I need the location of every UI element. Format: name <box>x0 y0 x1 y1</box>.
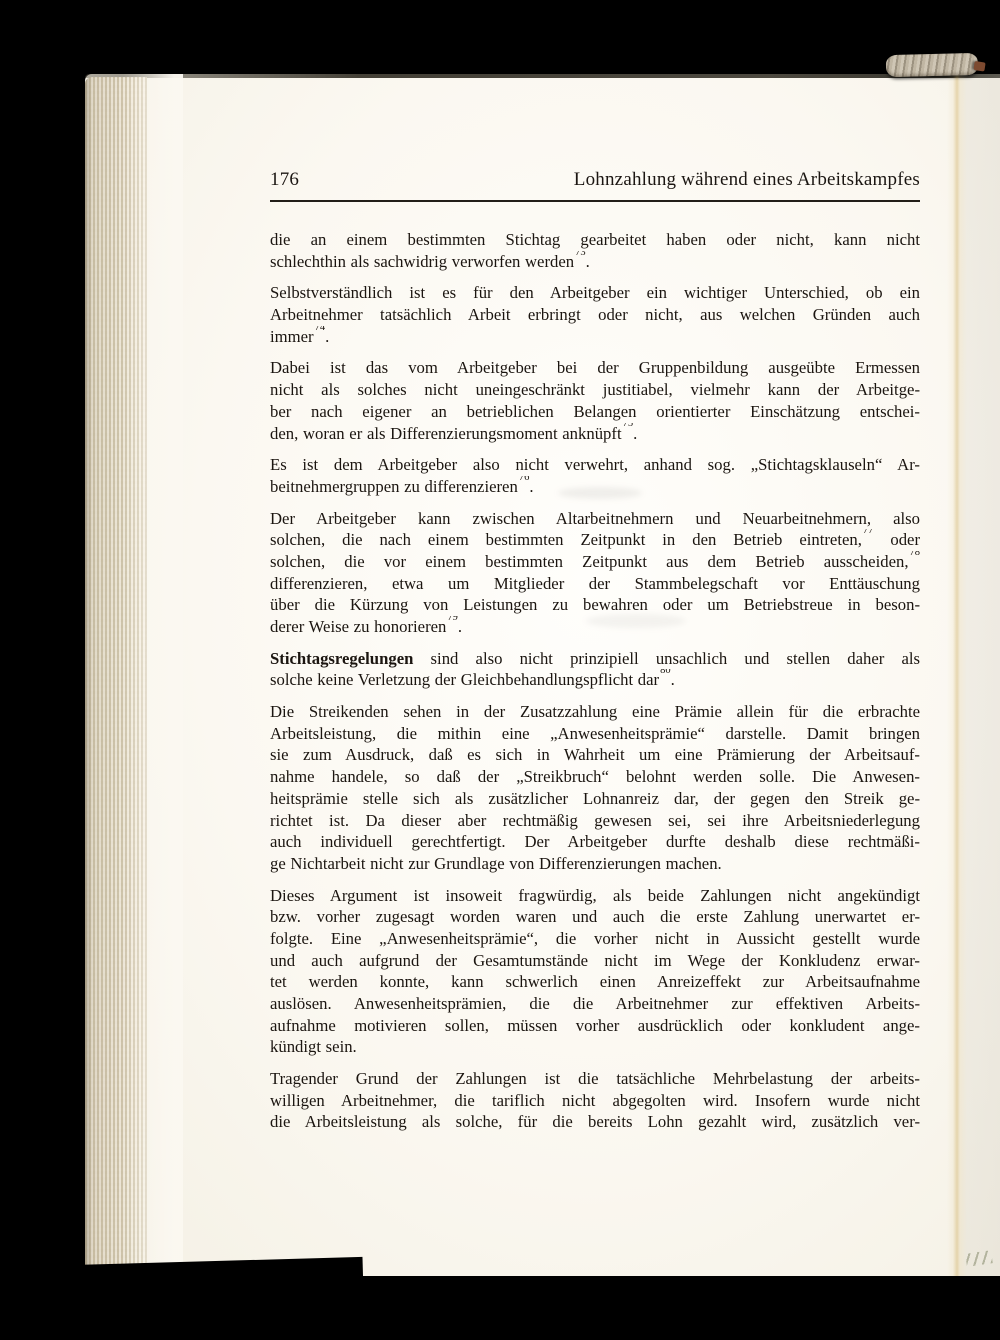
text-line: ge Nichtarbeit nicht zur Grundlage von D… <box>270 853 920 875</box>
text-line: den, woran er als Differenzierungsmoment… <box>270 423 920 445</box>
page-body: die an einem bestimmten Stichtag gearbei… <box>270 229 920 1143</box>
text-line: sie zum Ausdruck, daß es sich in Wahrhei… <box>270 744 920 766</box>
text-line: aufnahme motivieren sollen, müssen vorhe… <box>270 1015 920 1037</box>
text-line: Dabei ist das vom Arbeitgeber bei der Gr… <box>270 357 920 379</box>
text-line: und auch aufgrund der Gesamtumstände nic… <box>270 950 920 972</box>
text-line: solche keine Verletzung der Gleichbehand… <box>270 669 920 691</box>
text-line: tet werden konnte, kann schwerlich einen… <box>270 971 920 993</box>
text-line: auslösen. Anwesenheitsprämien, die die A… <box>270 993 920 1015</box>
paragraph: Dieses Argument ist insoweit fragwürdig,… <box>270 885 920 1059</box>
footnote-ref: 78 <box>910 551 921 558</box>
text-line: Arbeitsleistung, die mithin eine „Anwese… <box>270 723 920 745</box>
text-line: richtet ist. Da dieser aber rechtmäßig g… <box>270 810 920 832</box>
scan-smudge <box>586 614 686 628</box>
footnote-ref: 75 <box>623 423 634 430</box>
text-line: Dieses Argument ist insoweit fragwürdig,… <box>270 885 920 907</box>
text-line: ber nach eigener an betrieblichen Belang… <box>270 401 920 423</box>
footnote-ref: 77 <box>863 529 874 536</box>
text-line: auch individuell gerechtfertigt. Der Arb… <box>270 831 920 853</box>
page-number: 176 <box>270 169 299 191</box>
text-line: kündigt sein. <box>270 1036 920 1058</box>
text-line: willigen Arbeitnehmer, die tariflich nic… <box>270 1090 920 1112</box>
text-line: immer74. <box>270 326 920 348</box>
paragraph: Selbstverständlich ist es für den Arbeit… <box>270 282 920 347</box>
paragraph: Tragender Grund der Zahlungen ist die ta… <box>270 1068 920 1133</box>
scan-background: 176 Lohnzahlung während eines Arbeitskam… <box>0 0 1000 1340</box>
footnote-ref: 79 <box>447 616 458 623</box>
gutter-crease <box>947 74 1000 1276</box>
binding-tape-fragment <box>886 53 979 77</box>
header-rule <box>270 200 920 202</box>
text-line: Es ist dem Arbeitgeber also nicht verweh… <box>270 454 920 476</box>
text-line: differenzieren, etwa um Mitglieder der S… <box>270 573 920 595</box>
text-line: heitsprämie stelle sich als zusätzlicher… <box>270 788 920 810</box>
footnote-ref: 80 <box>660 669 671 676</box>
paragraph: Stichtagsregelungen sind also nicht prin… <box>270 648 920 691</box>
page-header: 176 Lohnzahlung während eines Arbeitskam… <box>270 169 920 191</box>
paragraph: die an einem bestimmten Stichtag gearbei… <box>270 229 920 272</box>
book-page: 176 Lohnzahlung während eines Arbeitskam… <box>85 74 1000 1276</box>
text-line: folgte. Eine „Anwesenheitsprämie“, die v… <box>270 928 920 950</box>
text-line: bzw. vorher zugesagt worden waren und au… <box>270 906 920 928</box>
text-line: Selbstverständlich ist es für den Arbeit… <box>270 282 920 304</box>
footnote-ref: 73 <box>575 251 586 258</box>
footnote-ref: 74 <box>315 326 326 333</box>
tape-tail <box>973 61 985 72</box>
text-line: nahme handele, so daß der „Streikbruch“ … <box>270 766 920 788</box>
paragraph: Dabei ist das vom Arbeitgeber bei der Gr… <box>270 357 920 444</box>
text-line: schlechthin als sachwidrig verworfen wer… <box>270 251 920 273</box>
scan-smudge <box>558 487 642 499</box>
running-head: Lohnzahlung während eines Arbeitskampfes <box>574 169 920 191</box>
text-line: über die Kürzung von Leistungen zu bewah… <box>270 594 920 616</box>
footnote-ref: 76 <box>519 476 530 483</box>
text-line: solchen, die nach einem bestimmten Zeitp… <box>270 529 920 551</box>
text-line: Stichtagsregelungen sind also nicht prin… <box>270 648 920 670</box>
text-line: die Arbeitsleistung als solche, für die … <box>270 1111 920 1133</box>
paragraph: Die Streikenden sehen in der Zusatzzahlu… <box>270 701 920 875</box>
page-edge-fade <box>123 74 183 1276</box>
text-line: die an einem bestimmten Stichtag gearbei… <box>270 229 920 251</box>
text-line: Die Streikenden sehen in der Zusatzzahlu… <box>270 701 920 723</box>
text-line: nicht als solches nicht uneingeschränkt … <box>270 379 920 401</box>
text-line: Arbeitnehmer tatsächlich Arbeit erbringt… <box>270 304 920 326</box>
text-line: solchen, die vor einem bestimmten Zeitpu… <box>270 551 920 573</box>
text-line: Tragender Grund der Zahlungen ist die ta… <box>270 1068 920 1090</box>
text-line: Der Arbeitgeber kann zwischen Altarbeitn… <box>270 508 920 530</box>
